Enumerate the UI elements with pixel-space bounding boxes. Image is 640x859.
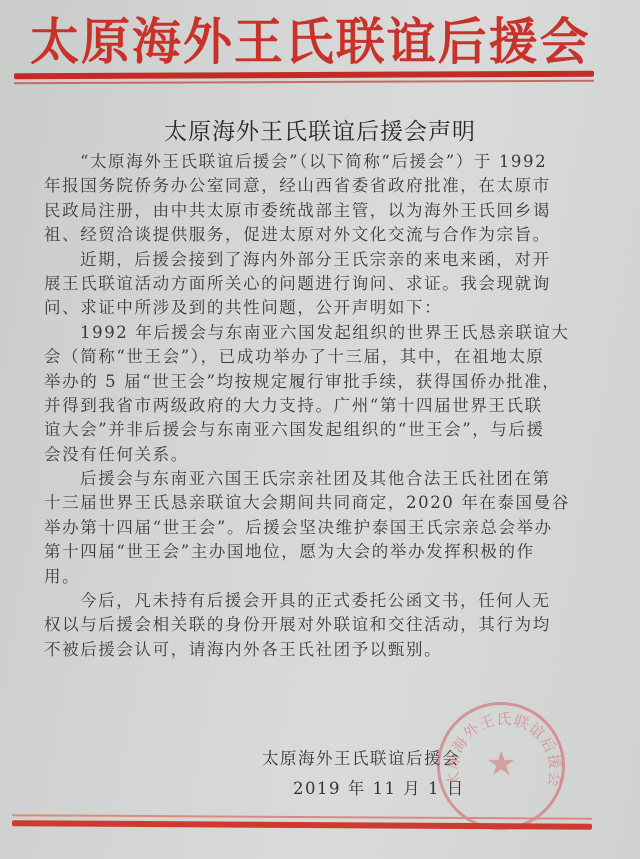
body-line: 举办的 5 届“世王会”均按规定履行审批手续，获得国侨办批准，: [44, 370, 592, 394]
body-line: 权以与后援会相关联的身份开展对外联谊和交往活动，其行为均: [44, 613, 592, 637]
signature-org: 太原海外王氏联谊后援会: [262, 745, 460, 769]
body-line: 问、求证中所涉及到的共性问题，公开声明如下：: [44, 296, 592, 320]
body-line: 第十四届“世王会”主办国地位，愿为大会的举办发挥积极的作: [44, 540, 592, 564]
body-line: 十三届世界王氏恳亲联谊大会期间共同商定，2020 年在泰国曼谷: [44, 491, 592, 515]
official-seal: 太原海外王氏联谊后援会 ★: [437, 702, 565, 830]
body-line: 谊大会”并非后援会与东南亚六国发起组织的“世王会”，与后援: [44, 418, 592, 442]
body-line: 会（简称“世王会”），已成功举办了十三届，其中，在祖地太原: [44, 345, 592, 369]
body-line: 举办第十四届“世王会”。后援会坚决维护泰国王氏宗亲总会举办: [44, 516, 592, 540]
body-line: 不被后援会认可，请海内外各王氏社团予以甄别。: [44, 638, 592, 662]
body-line: 年报国务院侨务办公室同意，经山西省委省政府批准，在太原市: [44, 174, 592, 198]
document-title: 太原海外王氏联谊后援会声明: [0, 113, 640, 146]
letterhead-rule: [14, 71, 594, 80]
body-line: 民政局注册，由中共太原市委统战部主管，以为海外王氏回乡谒: [44, 199, 592, 223]
document-page: 太原海外王氏联谊后援会 太原海外王氏联谊后援会声明 “太原海外王氏联谊后援会”（…: [0, 0, 640, 859]
body-line: 用。: [44, 565, 592, 589]
body-line: 展王氏联谊活动方面所关心的问题进行询问、求证。我会现就询: [44, 272, 592, 296]
body-line: 会没有任何关系。: [44, 443, 592, 467]
star-icon: ★: [486, 747, 516, 781]
body-line: “太原海外王氏联谊后援会”（以下简称“后援会”）于 1992: [44, 150, 592, 174]
body-line: 并得到我省市两级政府的大力支持。广州“第十四届世界王氏联: [44, 394, 592, 418]
letterhead-rule-thin: [14, 80, 594, 85]
body-line: 1992 年后援会与东南亚六国发起组织的世界王氏恳亲联谊大: [44, 321, 592, 345]
body-line: 今后，凡未持有后援会开具的正式委托公函文书，任何人无: [44, 589, 592, 613]
document-body: “太原海外王氏联谊后援会”（以下简称“后援会”）于 1992 年报国务院侨务办公…: [44, 150, 592, 662]
body-line: 近期，后援会接到了海内外部分王氏宗亲的来电来函，对开: [44, 248, 592, 272]
letterhead-title: 太原海外王氏联谊后援会: [30, 14, 579, 70]
body-line: 祖、经贸洽谈提供服务，促进太原对外文化交流与合作为宗旨。: [44, 223, 592, 247]
body-line: 后援会与东南亚六国王氏宗亲社团及其他合法王氏社团在第: [44, 467, 592, 491]
